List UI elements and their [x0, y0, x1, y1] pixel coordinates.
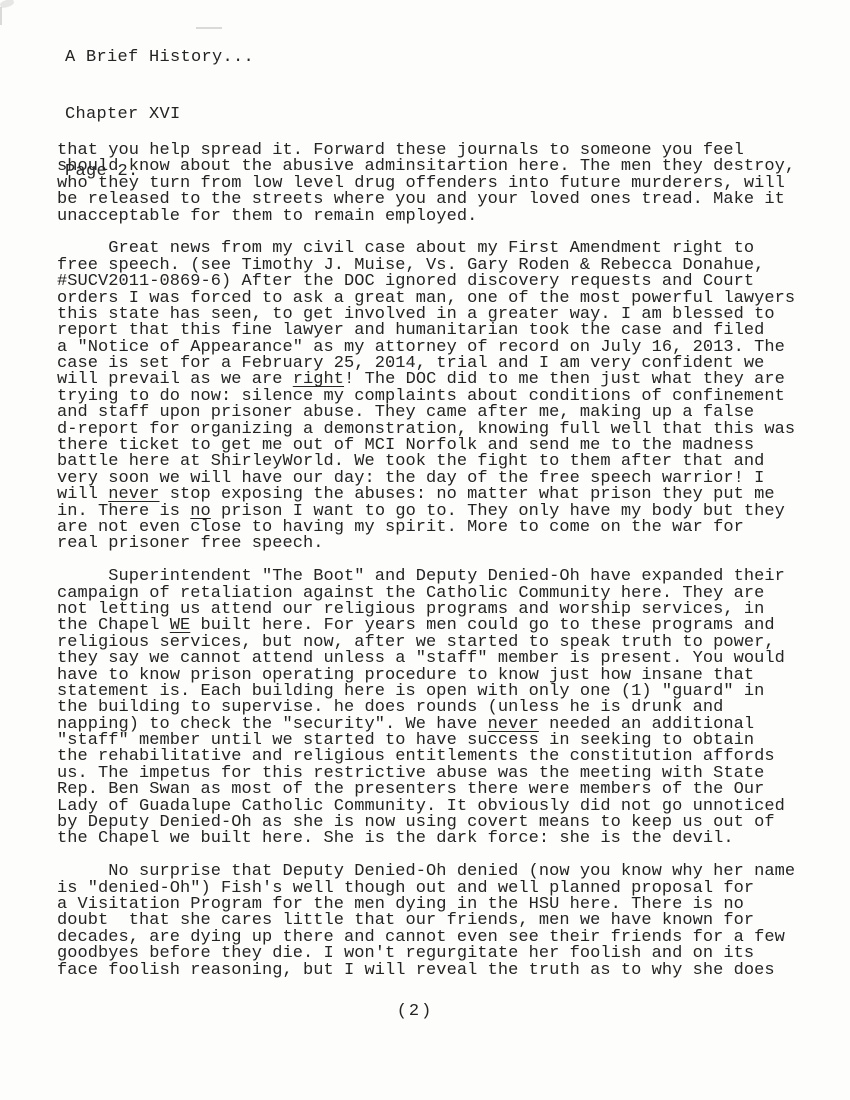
page-number: (2) [0, 1002, 830, 1021]
text-line: real prisoner free speech. [57, 536, 827, 552]
text-segment: unacceptable for them to remain employed… [57, 207, 477, 226]
text-segment: the Chapel we built here. She is the dar… [57, 829, 734, 848]
doc-title: A Brief History... [65, 48, 254, 67]
text-segment: face foolish reasoning, but I will revea… [57, 961, 775, 980]
paragraph: that you help spread it. Forward these j… [57, 143, 827, 225]
scan-artifact-edge-mark [0, 7, 2, 25]
paragraph: Great news from my civil case about my F… [57, 241, 827, 552]
paragraph: Superintendent "The Boot" and Deputy Den… [57, 569, 827, 848]
scan-artifact-dash [196, 27, 222, 29]
text-line: the Chapel we built here. She is the dar… [57, 831, 827, 847]
document-page: A Brief History... Chapter XVI Page 2. t… [0, 0, 850, 1100]
text-segment: real prisoner free speech. [57, 534, 324, 553]
text-line: unacceptable for them to remain employed… [57, 209, 827, 225]
paragraph: No surprise that Deputy Denied-Oh denied… [57, 864, 827, 979]
doc-chapter: Chapter XVI [65, 105, 254, 124]
document-body: that you help spread it. Forward these j… [57, 143, 827, 995]
scan-artifact-smudge [0, 0, 15, 9]
text-line: face foolish reasoning, but I will revea… [57, 963, 827, 979]
